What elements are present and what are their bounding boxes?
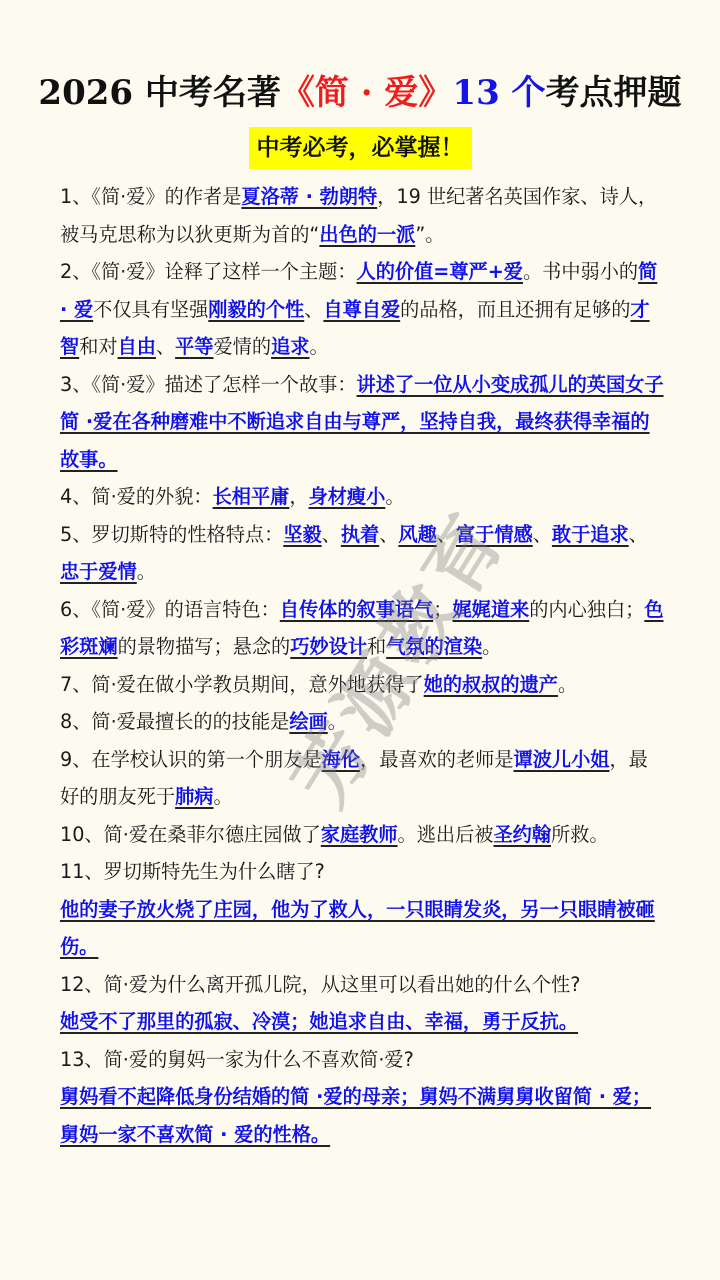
highlighted-answer: 家庭教师 [321,823,398,846]
exam-points-list: 1、《简·爱》的作者是夏洛蒂 · 勃朗特，19 世纪著名英国作家、诗人，被马克思… [60,178,665,1153]
point-text: 和对 [79,335,117,358]
point-text: 9、在学校认识的第一个朋友是 [60,748,322,771]
exam-point-item: 她受不了那里的孤寂、冷漠；她追求自由、幸福，勇于反抗。 [60,1003,665,1041]
exam-point-item: 9、在学校认识的第一个朋友是海伦，最喜欢的老师是谭波儿小姐，最好的朋友死于肺病。 [60,741,665,816]
highlighted-answer: 圣约翰 [493,823,551,846]
point-text: 、 [437,523,456,546]
highlighted-answer: 肺病 [175,785,213,808]
point-text: 、 [322,523,341,546]
highlighted-answer: 巧妙设计 [290,635,367,658]
point-text: 3、《简·爱》描述了怎样一个故事： [60,373,357,396]
page-title: 2026 中考名著《简 · 爱》13 个考点押题 [0,68,720,118]
point-text: ， [289,485,308,508]
exam-point-item: 他的妻子放火烧了庄园，他为了救人，一只眼睛发炎，另一只眼睛被砸伤。 [60,891,665,966]
exam-point-item: 5、罗切斯特的性格特点：坚毅、执着、风趣、富于情感、敢于追求、忠于爱情。 [60,516,665,591]
title-book-close: 》 [418,73,452,113]
point-text: 所救。 [551,823,609,846]
highlighted-answer: 她受不了那里的孤寂、冷漠；她追求自由、幸福，勇于反抗。 [60,1010,578,1033]
exam-point-item: 1、《简·爱》的作者是夏洛蒂 · 勃朗特，19 世纪著名英国作家、诗人，被马克思… [60,178,665,253]
highlighted-answer: 出色的一派 [319,223,415,246]
highlighted-answer: 刚毅的个性 [208,298,304,321]
point-text: 。 [482,635,501,658]
point-text: 的景物描写；悬念的 [118,635,291,658]
highlighted-answer: 夏洛蒂 · 勃朗特 [241,185,377,208]
highlighted-answer: 自传体的叙事语气 [280,598,434,621]
highlighted-answer: 执着 [341,523,379,546]
highlighted-answer: 他的妻子放火烧了庄园，他为了救人，一只眼睛发炎，另一只眼睛被砸伤。 [60,898,655,959]
highlighted-answer: 忠于爱情 [60,560,137,583]
point-text: ”。 [415,223,444,246]
exam-point-item: 6、《简·爱》的语言特色：自传体的叙事语气；娓娓道来的内心独白；色彩斑斓的景物描… [60,591,665,666]
exam-point-item: 4、简·爱的外貌：长相平庸，身材瘦小。 [60,478,665,516]
point-text: 和 [367,635,386,658]
exam-point-item: 2、《简·爱》诠释了这样一个主题：人的价值=尊严+爱。书中弱小的简 · 爱不仅具… [60,253,665,366]
highlighted-answer: 身材瘦小 [309,485,386,508]
point-text: 不仅具有坚强 [93,298,208,321]
point-text: 。 [137,560,156,583]
highlighted-answer: 风趣 [398,523,436,546]
highlighted-answer: 追求 [271,335,309,358]
point-text: 。 [328,710,347,733]
highlighted-answer: 海伦 [322,748,360,771]
exam-point-item: 13、简·爱的舅妈一家为什么不喜欢简·爱? [60,1041,665,1079]
highlighted-answer: 富于情感 [456,523,533,546]
point-text: 爱情的 [214,335,272,358]
highlighted-answer: 自由 [118,335,156,358]
exam-point-item: 11、罗切斯特先生为什么瞎了? [60,853,665,891]
point-text: 。 [558,673,577,696]
highlighted-answer: 娓娓道来 [452,598,529,621]
highlighted-answer: 气氛的渲染 [386,635,482,658]
highlighted-answer: 绘画 [289,710,327,733]
exam-point-item: 3、《简·爱》描述了怎样一个故事：讲述了一位从小变成孤儿的英国女子简 ·爱在各种… [60,366,665,479]
exam-point-item: 7、简·爱在做小学教员期间，意外地获得了她的叔叔的遗产。 [60,666,665,704]
point-text: 。逃出后被 [398,823,494,846]
highlighted-answer: 人的价值=尊严+爱 [357,260,523,283]
exam-point-item: 舅妈看不起降低身份结婚的简 ·爱的母亲；舅妈不满舅舅收留简 · 爱；舅妈一家不喜… [60,1078,665,1153]
point-text: 13、简·爱的舅妈一家为什么不喜欢简·爱? [60,1048,414,1071]
point-text: 、 [304,298,323,321]
point-text: 。书中弱小的 [523,260,638,283]
point-text: 、 [629,523,648,546]
point-text: 。 [385,485,404,508]
subtitle-container: 中考必考，必掌握！ [0,127,720,169]
exam-point-item: 8、简·爱最擅长的的技能是绘画。 [60,703,665,741]
point-text: 1、《简·爱》的作者是 [60,185,241,208]
exam-point-item: 10、简·爱在桑菲尔德庄园做了家庭教师。逃出后被圣约翰所救。 [60,816,665,854]
highlighted-answer: 坚毅 [283,523,321,546]
point-text: 、 [533,523,552,546]
point-text: 6、《简·爱》的语言特色： [60,598,280,621]
exam-point-item: 12、简·爱为什么离开孤儿院，从这里可以看出她的什么个性? [60,966,665,1004]
highlighted-answer: 自尊自爱 [323,298,400,321]
title-book-open: 《 [281,73,315,113]
point-text: 、 [156,335,175,358]
title-suffix: 考点押题 [546,73,682,113]
point-text: 10、简·爱在桑菲尔德庄园做了 [60,823,321,846]
highlighted-answer: 她的叔叔的遗产 [424,673,558,696]
point-text: 11、罗切斯特先生为什么瞎了? [60,860,325,883]
point-text: 2、《简·爱》诠释了这样一个主题： [60,260,357,283]
point-text: 5、罗切斯特的性格特点： [60,523,283,546]
title-count: 13 个 [452,73,545,113]
point-text: 8、简·爱最擅长的的技能是 [60,710,289,733]
highlighted-answer: 平等 [175,335,213,358]
title-book-name: 简 · 爱 [315,73,419,113]
point-text: 、 [379,523,398,546]
point-text: 。 [309,335,328,358]
highlighted-answer: 谭波儿小姐 [514,748,610,771]
point-text: 4、简·爱的外貌： [60,485,213,508]
point-text: ； [433,598,452,621]
point-text: 7、简·爱在做小学教员期间，意外地获得了 [60,673,424,696]
point-text: 的品格，而且还拥有足够的 [400,298,630,321]
highlighted-answer: 敢于追求 [552,523,629,546]
point-text: 12、简·爱为什么离开孤儿院，从这里可以看出她的什么个性? [60,973,580,996]
highlighted-answer: 舅妈看不起降低身份结婚的简 ·爱的母亲；舅妈不满舅舅收留简 · 爱；舅妈一家不喜… [60,1085,651,1146]
point-text: ，最喜欢的老师是 [360,748,514,771]
point-text: 。 [214,785,233,808]
point-text: 的内心独白； [529,598,644,621]
highlighted-answer: 长相平庸 [213,485,290,508]
title-prefix: 2026 中考名著 [38,73,280,113]
subtitle-banner: 中考必考，必掌握！ [249,127,472,169]
